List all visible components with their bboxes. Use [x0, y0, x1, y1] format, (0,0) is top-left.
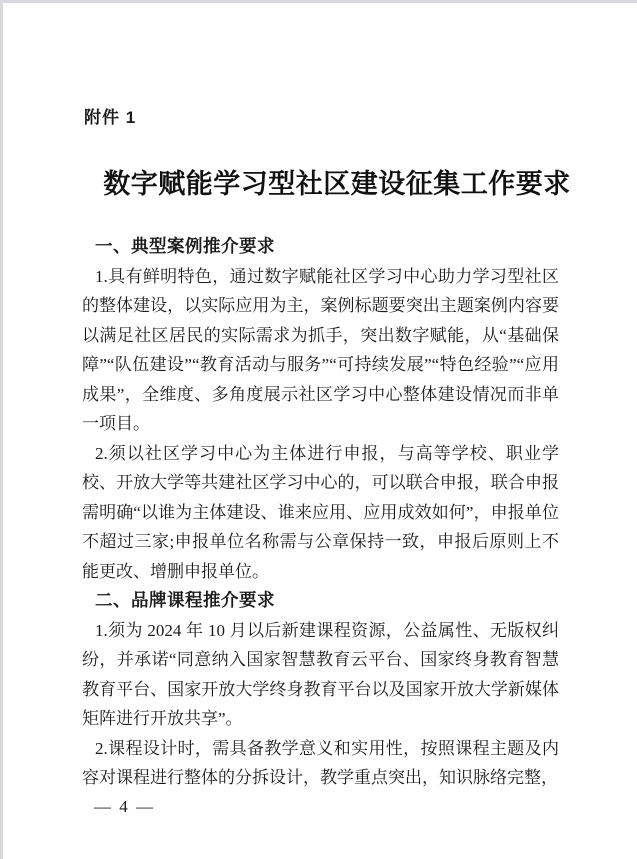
document-page: 附件 1 数字赋能学习型社区建设征集工作要求 一、典型案例推介要求 1.具有鲜明…	[0, 0, 637, 859]
section-2-paragraph-1: 1.须为 2024 年 10 月以后新建课程资源，公益属性、无版权纠纷，并承诺“…	[82, 616, 559, 734]
section-2-paragraph-2: 2.课程设计时，需具备教学意义和实用性，按照课程主题及内容对课程进行整体的分拆设…	[82, 734, 559, 793]
page-number: — 4 —	[94, 797, 155, 817]
section-1-paragraph-1: 1.具有鲜明特色，通过数字赋能社区学习中心助力学习型社区的整体建设，以实际应用为…	[82, 262, 559, 439]
document-title: 数字赋能学习型社区建设征集工作要求	[95, 162, 579, 201]
section-2-heading: 二、品牌课程推介要求	[82, 586, 559, 616]
attachment-label: 附件 1	[84, 103, 136, 128]
section-1-heading: 一、典型案例推介要求	[82, 232, 559, 262]
section-1-paragraph-2: 2.须以社区学习中心为主体进行申报，与高等学校、职业学校、开放大学等共建社区学习…	[82, 439, 559, 587]
document-body: 一、典型案例推介要求 1.具有鲜明特色，通过数字赋能社区学习中心助力学习型社区的…	[82, 232, 559, 793]
